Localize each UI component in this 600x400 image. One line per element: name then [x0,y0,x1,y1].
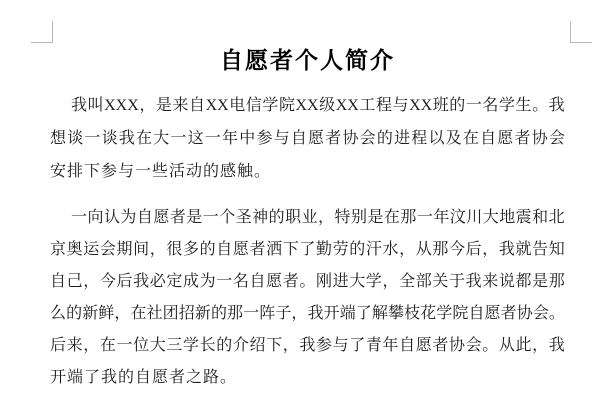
document-page: 自愿者个人简介 我叫XXX，是来自XX电信学院XX级XX工程与XX班的一名学生。… [0,0,600,400]
margin-crop-mark-top-left [31,21,53,43]
margin-crop-mark-top-right [570,21,592,43]
document-text-area[interactable]: 自愿者个人简介 我叫XXX，是来自XX电信学院XX级XX工程与XX班的一名学生。… [50,44,565,394]
text-line: 么的新鲜，在社团招新的那一阵子，我开端了解攀枝花学院自愿者协会。 [50,298,565,330]
text-line: 一向认为自愿者是一个圣神的职业，特别是在那一年汶川大地震和北 [50,202,565,234]
paragraph: 我叫XXX，是来自XX电信学院XX级XX工程与XX班的一名学生。我想谈一谈我在大… [50,89,565,188]
text-line: 自己，今后我必定成为一名自愿者。刚进大学，全部关于我来说都是那 [50,266,565,298]
text-line: 想谈一谈我在大一这一年中参与自愿者协会的进程以及在自愿者协会 [50,122,565,155]
text-line: 京奥运会期间，很多的自愿者洒下了勤劳的汗水，从那今后，我就告知 [50,234,565,266]
text-line: 我叫XXX，是来自XX电信学院XX级XX工程与XX班的一名学生。我 [50,89,565,122]
text-line: 开端了我的自愿者之路。 [50,362,565,394]
document-title: 自愿者个人简介 [50,44,565,77]
document-body: 我叫XXX，是来自XX电信学院XX级XX工程与XX班的一名学生。我想谈一谈我在大… [50,89,565,394]
text-line: 安排下参与一些活动的感触。 [50,155,565,188]
paragraph: 一向认为自愿者是一个圣神的职业，特别是在那一年汶川大地震和北京奥运会期间，很多的… [50,202,565,394]
text-line: 后来，在一位大三学长的介绍下，我参与了青年自愿者协会。从此，我 [50,330,565,362]
